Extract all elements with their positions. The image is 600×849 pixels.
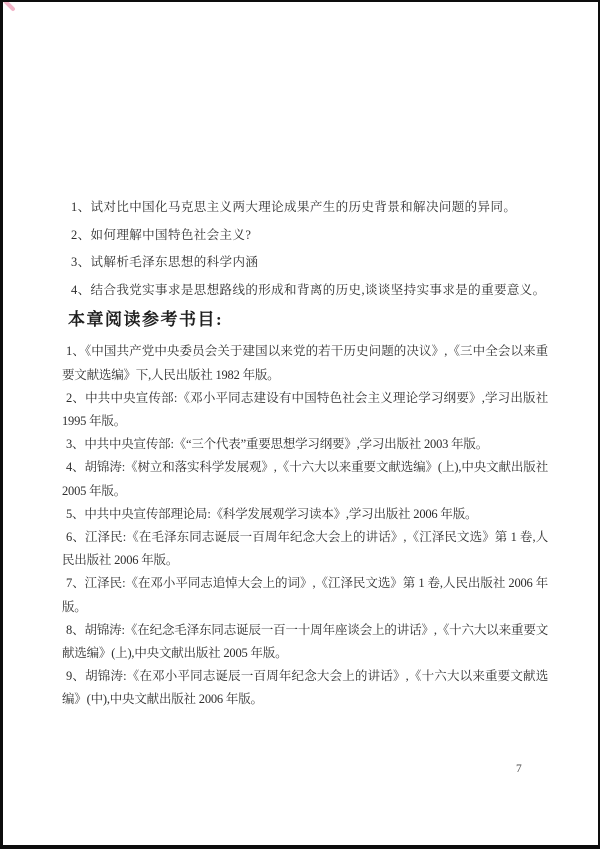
reference-item-9: 9、胡锦涛:《在邓小平同志诞辰一百周年纪念大会上的讲话》,《十六大以来重要文献选… <box>62 665 548 711</box>
reference-item-8: 8、胡锦涛:《在纪念毛泽东同志诞辰一百一十周年座谈会上的讲话》,《十六大以来重要… <box>62 619 548 665</box>
reference-item-4: 4、胡锦涛:《树立和落实科学发展观》,《十六大以来重要文献选编》(上),中央文献… <box>62 456 548 502</box>
reference-item-1: 1、《中国共产党中央委员会关于建国以来党的若干历史问题的决议》,《三中全会以来重… <box>62 340 548 386</box>
bibliography-heading: 本章阅读参考书目: <box>68 309 548 331</box>
book-page: 1、试对比中国化马克思主义两大理论成果产生的历史背景和解决问题的异同。 2、如何… <box>0 0 600 849</box>
page-content: 1、试对比中国化马克思主义两大理论成果产生的历史背景和解决问题的异同。 2、如何… <box>62 2 548 712</box>
reference-item-7: 7、江泽民:《在邓小平同志追悼大会上的词》,《江泽民文选》第 1 卷,人民出版社… <box>62 572 548 618</box>
reference-item-6: 6、江泽民:《在毛泽东同志诞辰一百周年纪念大会上的讲话》,《江泽民文选》第 1 … <box>62 526 548 572</box>
question-item-1: 1、试对比中国化马克思主义两大理论成果产生的历史背景和解决问题的异同。 <box>62 194 548 222</box>
reference-item-5: 5、中共中央宣传部理论局:《科学发展观学习读本》,学习出版社 2006 年版。 <box>62 503 548 526</box>
reference-list: 1、《中国共产党中央委员会关于建国以来党的若干历史问题的决议》,《三中全会以来重… <box>62 340 548 711</box>
question-item-3: 3、试解析毛泽东思想的科学内涵 <box>62 249 548 277</box>
reference-item-3: 3、中共中央宣传部:《“三个代表”重要思想学习纲要》,学习出版社 2003 年版… <box>62 433 548 456</box>
question-item-4: 4、结合我党实事求是思想路线的形成和背离的历史,谈谈坚持实事求是的重要意义。 <box>62 277 548 305</box>
reference-item-2: 2、中共中央宣传部:《邓小平同志建设有中国特色社会主义理论学习纲要》,学习出版社… <box>62 387 548 433</box>
red-corner-mark <box>0 0 16 12</box>
question-list: 1、试对比中国化马克思主义两大理论成果产生的历史背景和解决问题的异同。 2、如何… <box>62 194 548 304</box>
page-number: 7 <box>516 763 522 775</box>
question-item-2: 2、如何理解中国特色社会主义? <box>62 222 548 250</box>
